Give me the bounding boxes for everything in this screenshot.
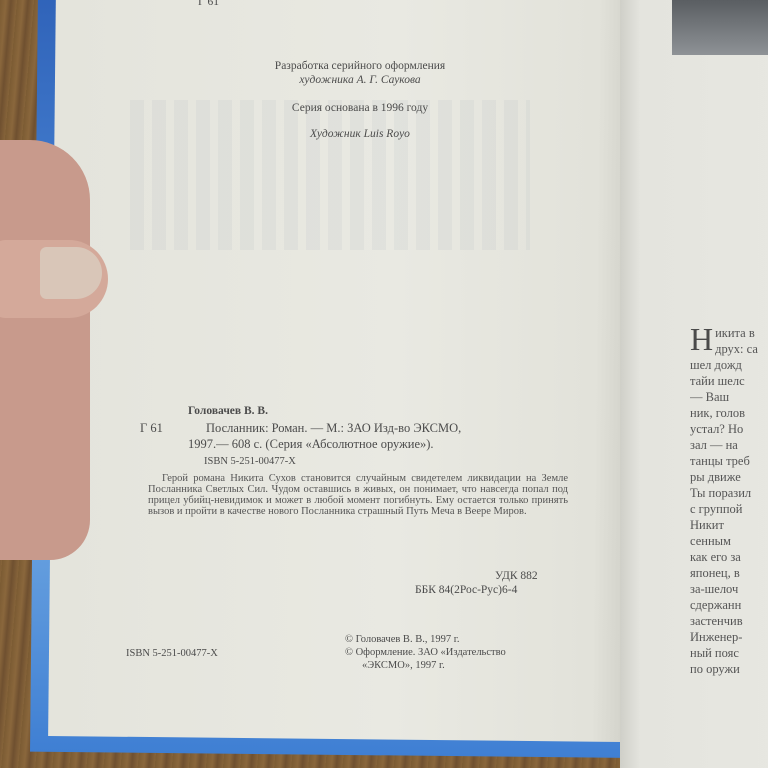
artist-label: Художник — [310, 128, 361, 140]
catalog-line-1: Посланник: Роман. — М.: ЗАО Изд-во ЭКСМО… — [206, 421, 461, 436]
hand — [0, 140, 90, 560]
right-page-line: как его за — [690, 549, 768, 565]
series-founded: Серия основана в 1996 году — [235, 102, 485, 114]
top-code: Г 61 — [198, 0, 219, 8]
right-page-line: Ты поразил — [690, 485, 768, 501]
right-page-line: Инженер- — [690, 629, 768, 645]
right-page-line: сдержанн — [690, 597, 768, 613]
right-page-line: по оружи — [690, 661, 768, 677]
thumbnail — [40, 247, 102, 299]
copyright-1: © Головачев В. В., 1997 г. — [345, 634, 459, 645]
right-page-text: Н икита вдрух: сашел дождтайи шелс— Вашн… — [690, 325, 768, 677]
right-page-line: сенным — [690, 533, 768, 549]
right-page-illustration — [672, 0, 768, 55]
right-page-line: ный пояс — [690, 645, 768, 661]
artist-name: Luis Royo — [364, 128, 410, 140]
right-page-line: устал? Но — [690, 421, 768, 437]
footer-isbn: ISBN 5-251-00477-X — [126, 648, 218, 659]
artist-credit: Художник Luis Royo — [235, 128, 485, 140]
right-page-line: шел дожд — [690, 357, 768, 373]
right-page-line: Никит — [690, 517, 768, 533]
right-page-line: ник, голов — [690, 405, 768, 421]
design-credit-2: художника А. Г. Саукова — [235, 74, 485, 86]
udk: УДК 882 — [495, 570, 538, 582]
catalog-abstract: Герой романа Никита Сухов становится слу… — [148, 473, 568, 517]
right-page-line: ры движе — [690, 469, 768, 485]
right-page-line: тайи шелс — [690, 373, 768, 389]
bbk: ББК 84(2Рос-Рус)6-4 — [415, 584, 517, 596]
drop-cap: Н — [690, 325, 713, 353]
right-page-line: — Ваш — [690, 389, 768, 405]
copyright-3: «ЭКСМО», 1997 г. — [362, 660, 445, 671]
copyright-2: © Оформление. ЗАО «Издательство — [345, 647, 506, 658]
show-through-title — [130, 100, 530, 250]
right-page-line: застенчив — [690, 613, 768, 629]
catalog-author: Головачев В. В. — [188, 405, 268, 417]
catalog-code: Г 61 — [140, 421, 163, 436]
right-page-line: японец, в — [690, 565, 768, 581]
design-credit-1: Разработка серийного оформления — [235, 60, 485, 72]
right-page-line: за-шелоч — [690, 581, 768, 597]
catalog-isbn: ISBN 5-251-00477-X — [204, 456, 296, 467]
right-page-line: зал — на — [690, 437, 768, 453]
right-page-line: танцы треб — [690, 453, 768, 469]
right-page-line: с группой — [690, 501, 768, 517]
catalog-line-2: 1997.— 608 с. (Серия «Абсолютное оружие»… — [188, 437, 434, 452]
